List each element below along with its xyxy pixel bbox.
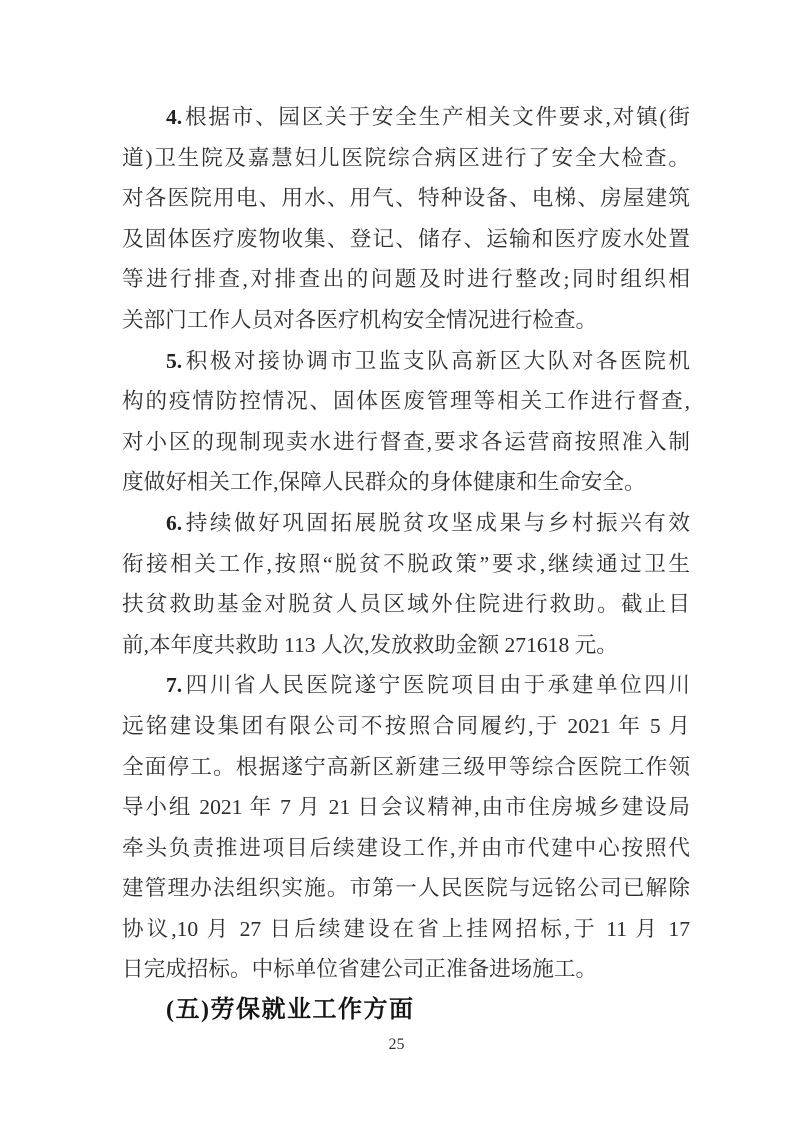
paragraph-7-text: 四川省人民医院遂宁医院项目由于承建单位四川	[183, 673, 690, 697]
paragraph-4-line-1: 4.根据市、园区关于安全生产相关文件要求,对镇(街	[122, 97, 690, 138]
paragraph-7-line-3: 全面停工。根据遂宁高新区新建三级甲等综合医院工作领	[122, 747, 690, 788]
paragraph-5-text: 积极对接协调市卫监支队高新区大队对各医院机	[183, 349, 690, 373]
paragraph-4-line-2: 道)卫生院及嘉慧妇儿医院综合病区进行了安全大检查。	[122, 138, 690, 179]
paragraph-7-line-7: 协议,10 月 27 日后续建设在省上挂网招标,于 11 月 17	[122, 909, 690, 950]
paragraph-7-line-4: 导小组 2021 年 7 月 21 日会议精神,由市住房城乡建设局	[122, 787, 690, 828]
paragraph-5-line-1: 5.积极对接协调市卫监支队高新区大队对各医院机	[122, 341, 690, 382]
paragraph-4-line-4: 及固体医疗废物收集、登记、储存、运输和医疗废水处置	[122, 219, 690, 260]
paragraph-6: 6.持续做好巩固拓展脱贫攻坚成果与乡村振兴有效 衔接相关工作,按照“脱贫不脱政策…	[122, 503, 690, 665]
paragraph-4-line-6: 关部门工作人员对各医疗机构安全情况进行检查。	[122, 300, 690, 341]
paragraph-5-line-2: 构的疫情防控情况、固体医废管理等相关工作进行督查,	[122, 381, 690, 422]
paragraph-4: 4.根据市、园区关于安全生产相关文件要求,对镇(街 道)卫生院及嘉慧妇儿医院综合…	[122, 97, 690, 341]
paragraph-6-text: 持续做好巩固拓展脱贫攻坚成果与乡村振兴有效	[183, 511, 690, 535]
paragraph-5-number: 5.	[166, 349, 183, 373]
paragraph-7: 7.四川省人民医院遂宁医院项目由于承建单位四川 远铭建设集团有限公司不按照合同履…	[122, 665, 690, 990]
paragraph-6-line-4: 前,本年度共救助 113 人次,发放救助金额 271618 元。	[122, 625, 690, 666]
paragraph-6-line-3: 扶贫救助基金对脱贫人员区域外住院进行救助。截止目	[122, 584, 690, 625]
page-number: 25	[0, 1035, 793, 1055]
document-page: 4.根据市、园区关于安全生产相关文件要求,对镇(街 道)卫生院及嘉慧妇儿医院综合…	[0, 0, 793, 1122]
section-heading: (五)劳保就业工作方面	[122, 990, 690, 1031]
paragraph-5-line-4: 度做好相关工作,保障人民群众的身体健康和生命安全。	[122, 462, 690, 503]
paragraph-5: 5.积极对接协调市卫监支队高新区大队对各医院机 构的疫情防控情况、固体医废管理等…	[122, 341, 690, 503]
paragraph-4-line-5: 等进行排查,对排查出的问题及时进行整改;同时组织相	[122, 259, 690, 300]
paragraph-6-line-2: 衔接相关工作,按照“脱贫不脱政策”要求,继续通过卫生	[122, 544, 690, 585]
paragraph-4-number: 4.	[166, 105, 183, 129]
paragraph-4-line-3: 对各医院用电、用水、用气、特种设备、电梯、房屋建筑	[122, 178, 690, 219]
paragraph-4-text: 根据市、园区关于安全生产相关文件要求,对镇(街	[183, 105, 690, 129]
document-body: 4.根据市、园区关于安全生产相关文件要求,对镇(街 道)卫生院及嘉慧妇儿医院综合…	[122, 97, 690, 1031]
paragraph-5-line-3: 对小区的现制现卖水进行督查,要求各运营商按照准入制	[122, 422, 690, 463]
paragraph-7-line-6: 建管理办法组织实施。市第一人民医院与远铭公司已解除	[122, 868, 690, 909]
paragraph-7-number: 7.	[166, 673, 183, 697]
paragraph-6-number: 6.	[166, 511, 183, 535]
paragraph-7-line-2: 远铭建设集团有限公司不按照合同履约,于 2021 年 5 月	[122, 706, 690, 747]
paragraph-6-line-1: 6.持续做好巩固拓展脱贫攻坚成果与乡村振兴有效	[122, 503, 690, 544]
paragraph-7-line-8: 日完成招标。中标单位省建公司正准备进场施工。	[122, 949, 690, 990]
paragraph-7-line-1: 7.四川省人民医院遂宁医院项目由于承建单位四川	[122, 665, 690, 706]
paragraph-7-line-5: 牵头负责推进项目后续建设工作,并由市代建中心按照代	[122, 828, 690, 869]
